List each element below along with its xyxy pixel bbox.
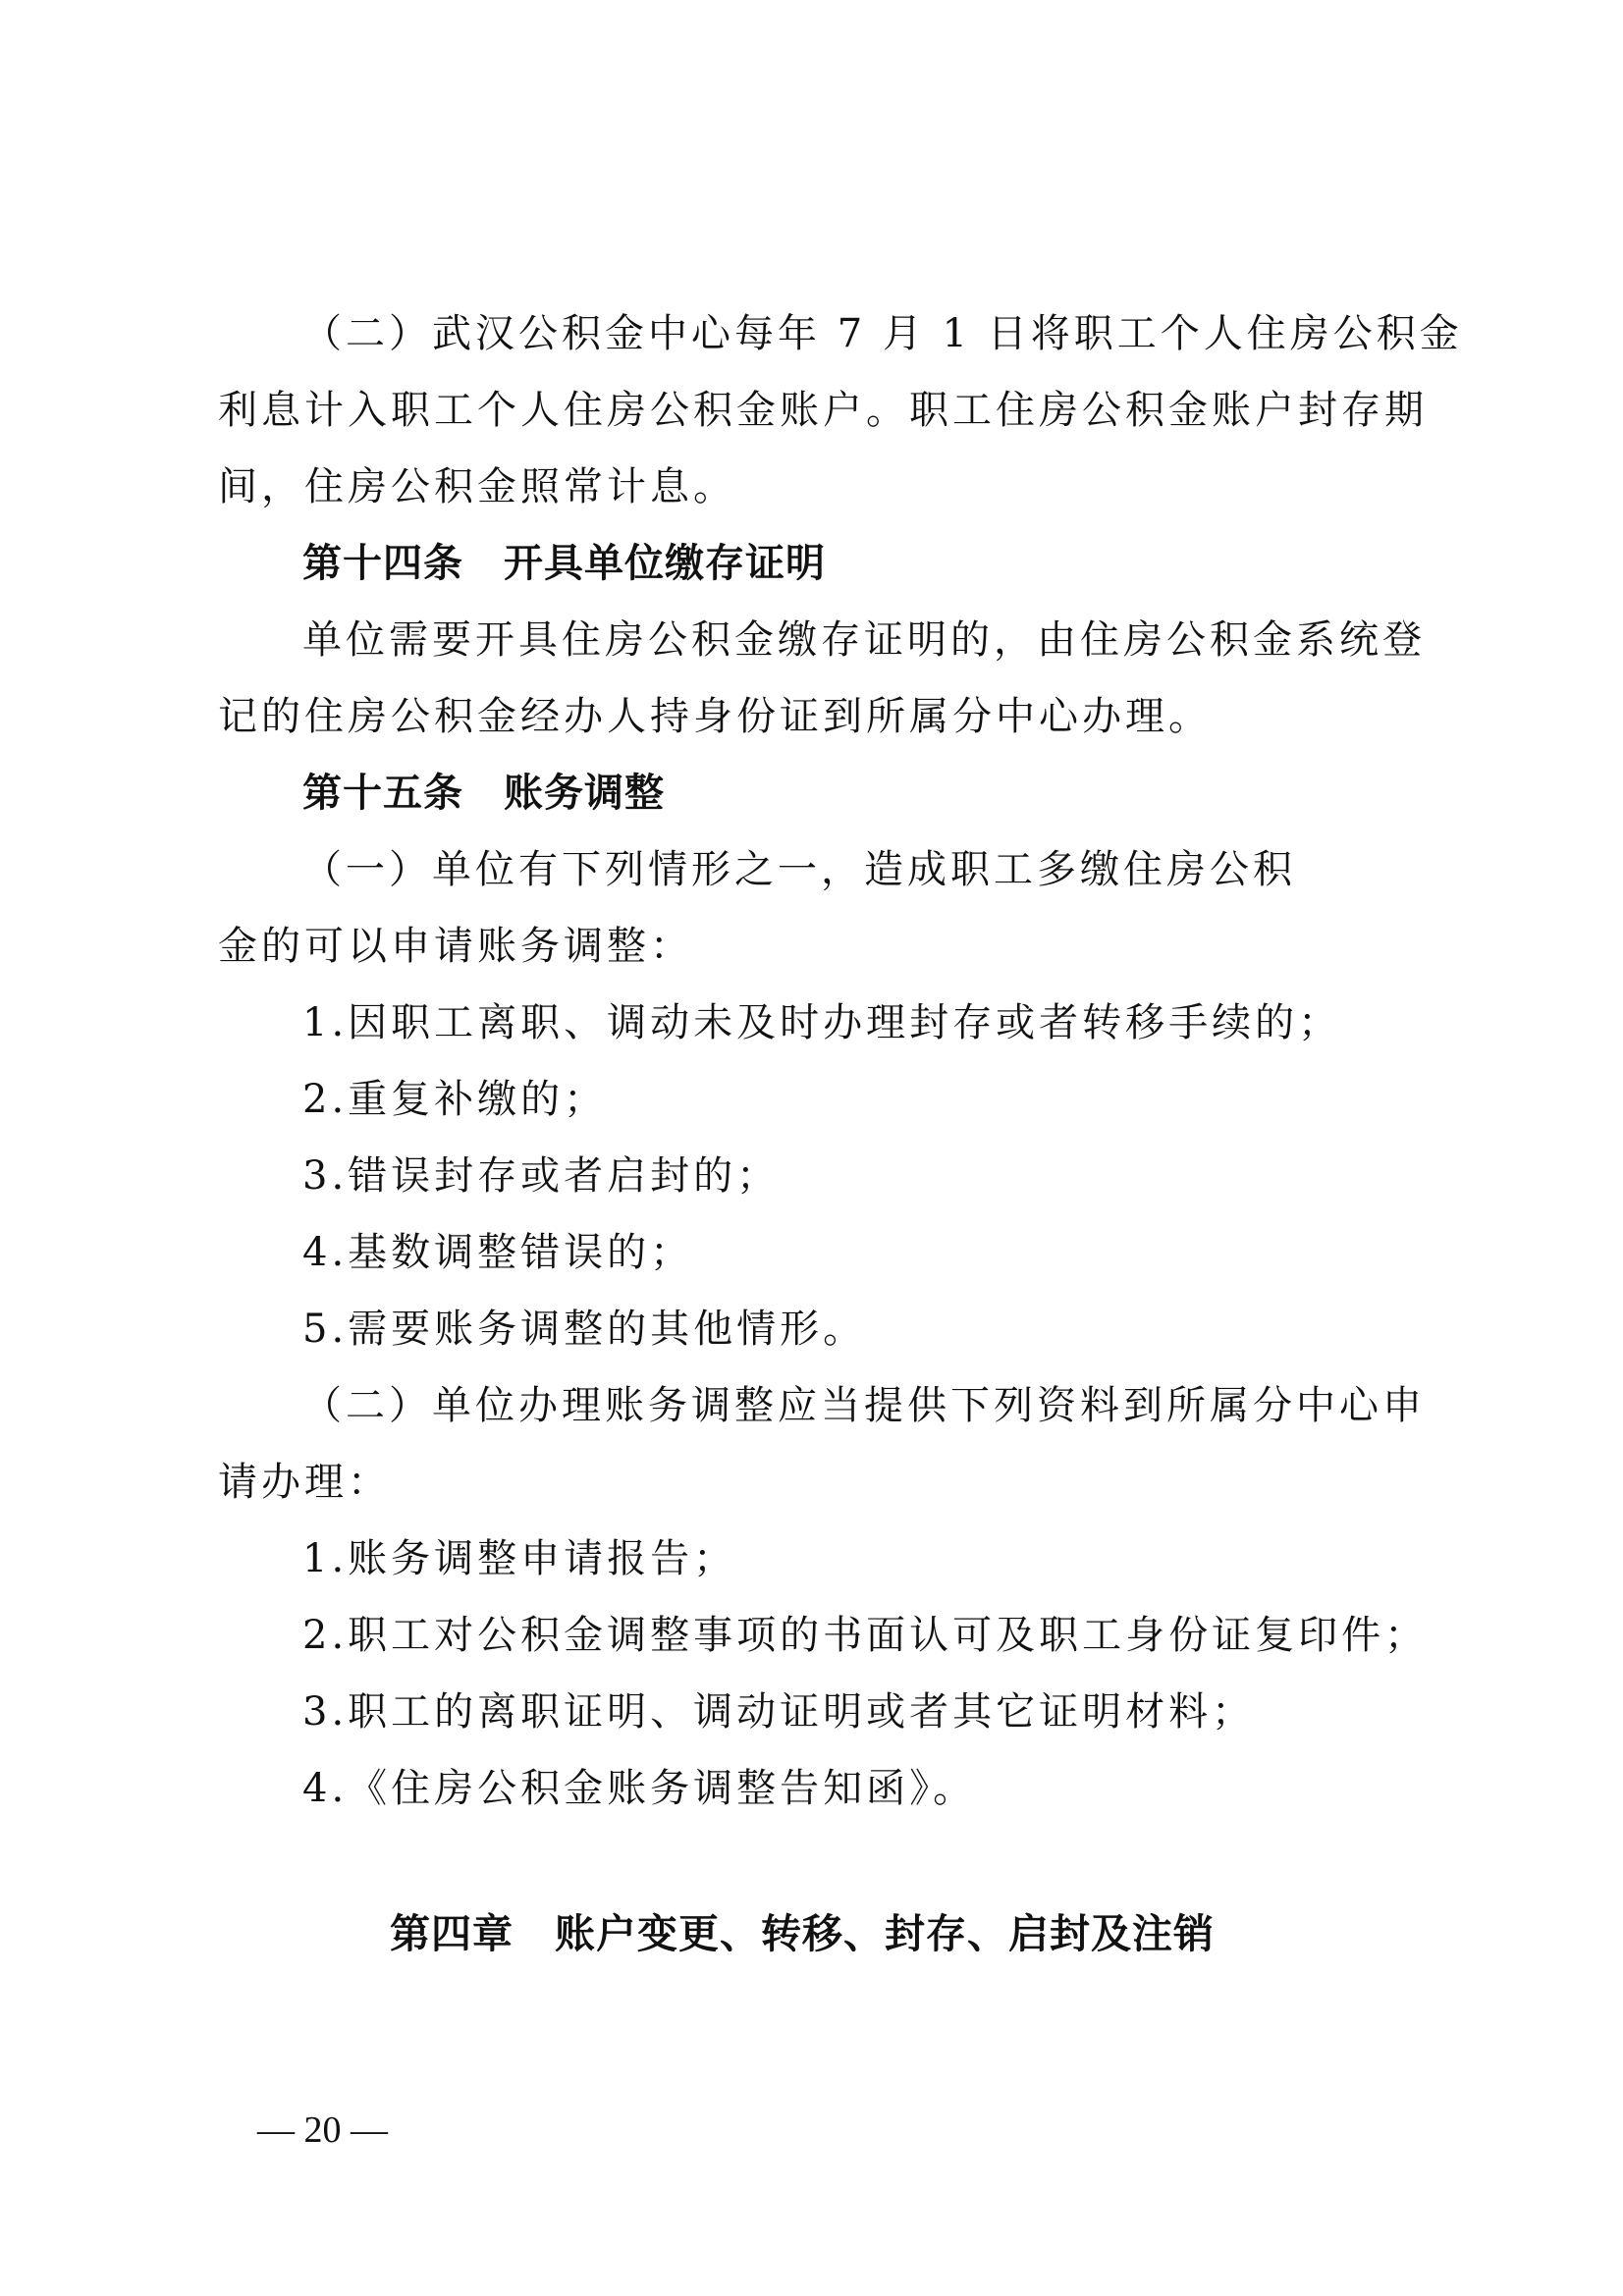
document-page: （二）武汉公积金中心每年 7 月 1 日将职工个人住房公积金 利息计入职工个人住… <box>0 0 1623 2296</box>
list-item: 2.职工对公积金调整事项的书面认可及职工身份证复印件； <box>302 1606 1428 1665</box>
paragraph-line: （一）单位有下列情形之一，造成职工多缴住房公积 <box>302 840 1296 899</box>
paragraph-line: （二）单位办理账务调整应当提供下列资料到所属分中心申 <box>302 1376 1426 1435</box>
paragraph-line: 记的住房公积金经办人持身份证到所属分中心办理。 <box>218 687 1212 746</box>
paragraph-line: 请办理： <box>218 1453 391 1512</box>
paragraph-line: 单位需要开具住房公积金缴存证明的，由住房公积金系统登 <box>302 611 1426 669</box>
list-item: 3.错误封存或者启封的； <box>302 1147 780 1205</box>
article-heading-15: 第十五条 账务调整 <box>302 764 665 823</box>
list-item: 2.重复补缴的； <box>302 1070 607 1129</box>
page-number: — 20 — <box>257 2101 388 2160</box>
list-item: 4.基数调整错误的； <box>302 1223 693 1282</box>
article-heading-14: 第十四条 开具单位缴存证明 <box>302 534 826 593</box>
list-item: 1.因职工离职、调动未及时办理封存或者转移手续的； <box>302 993 1341 1052</box>
paragraph-line: （二）武汉公积金中心每年 7 月 1 日将职工个人住房公积金 <box>302 304 1463 363</box>
list-item: 3.职工的离职证明、调动证明或者其它证明材料； <box>302 1682 1255 1741</box>
paragraph-line: 利息计入职工个人住房公积金账户。职工住房公积金账户封存期 <box>218 381 1428 440</box>
paragraph-line: 金的可以申请账务调整： <box>218 917 693 976</box>
paragraph-line: 间，住房公积金照常计息。 <box>218 457 736 516</box>
list-item: 4.《住房公积金账务调整告知函》。 <box>302 1759 976 1818</box>
list-item: 1.账务调整申请报告； <box>302 1529 736 1588</box>
chapter-title: 第四章 账户变更、转移、封存、启封及注销 <box>390 1904 1215 1963</box>
list-item: 5.需要账务调整的其他情形。 <box>302 1300 866 1359</box>
